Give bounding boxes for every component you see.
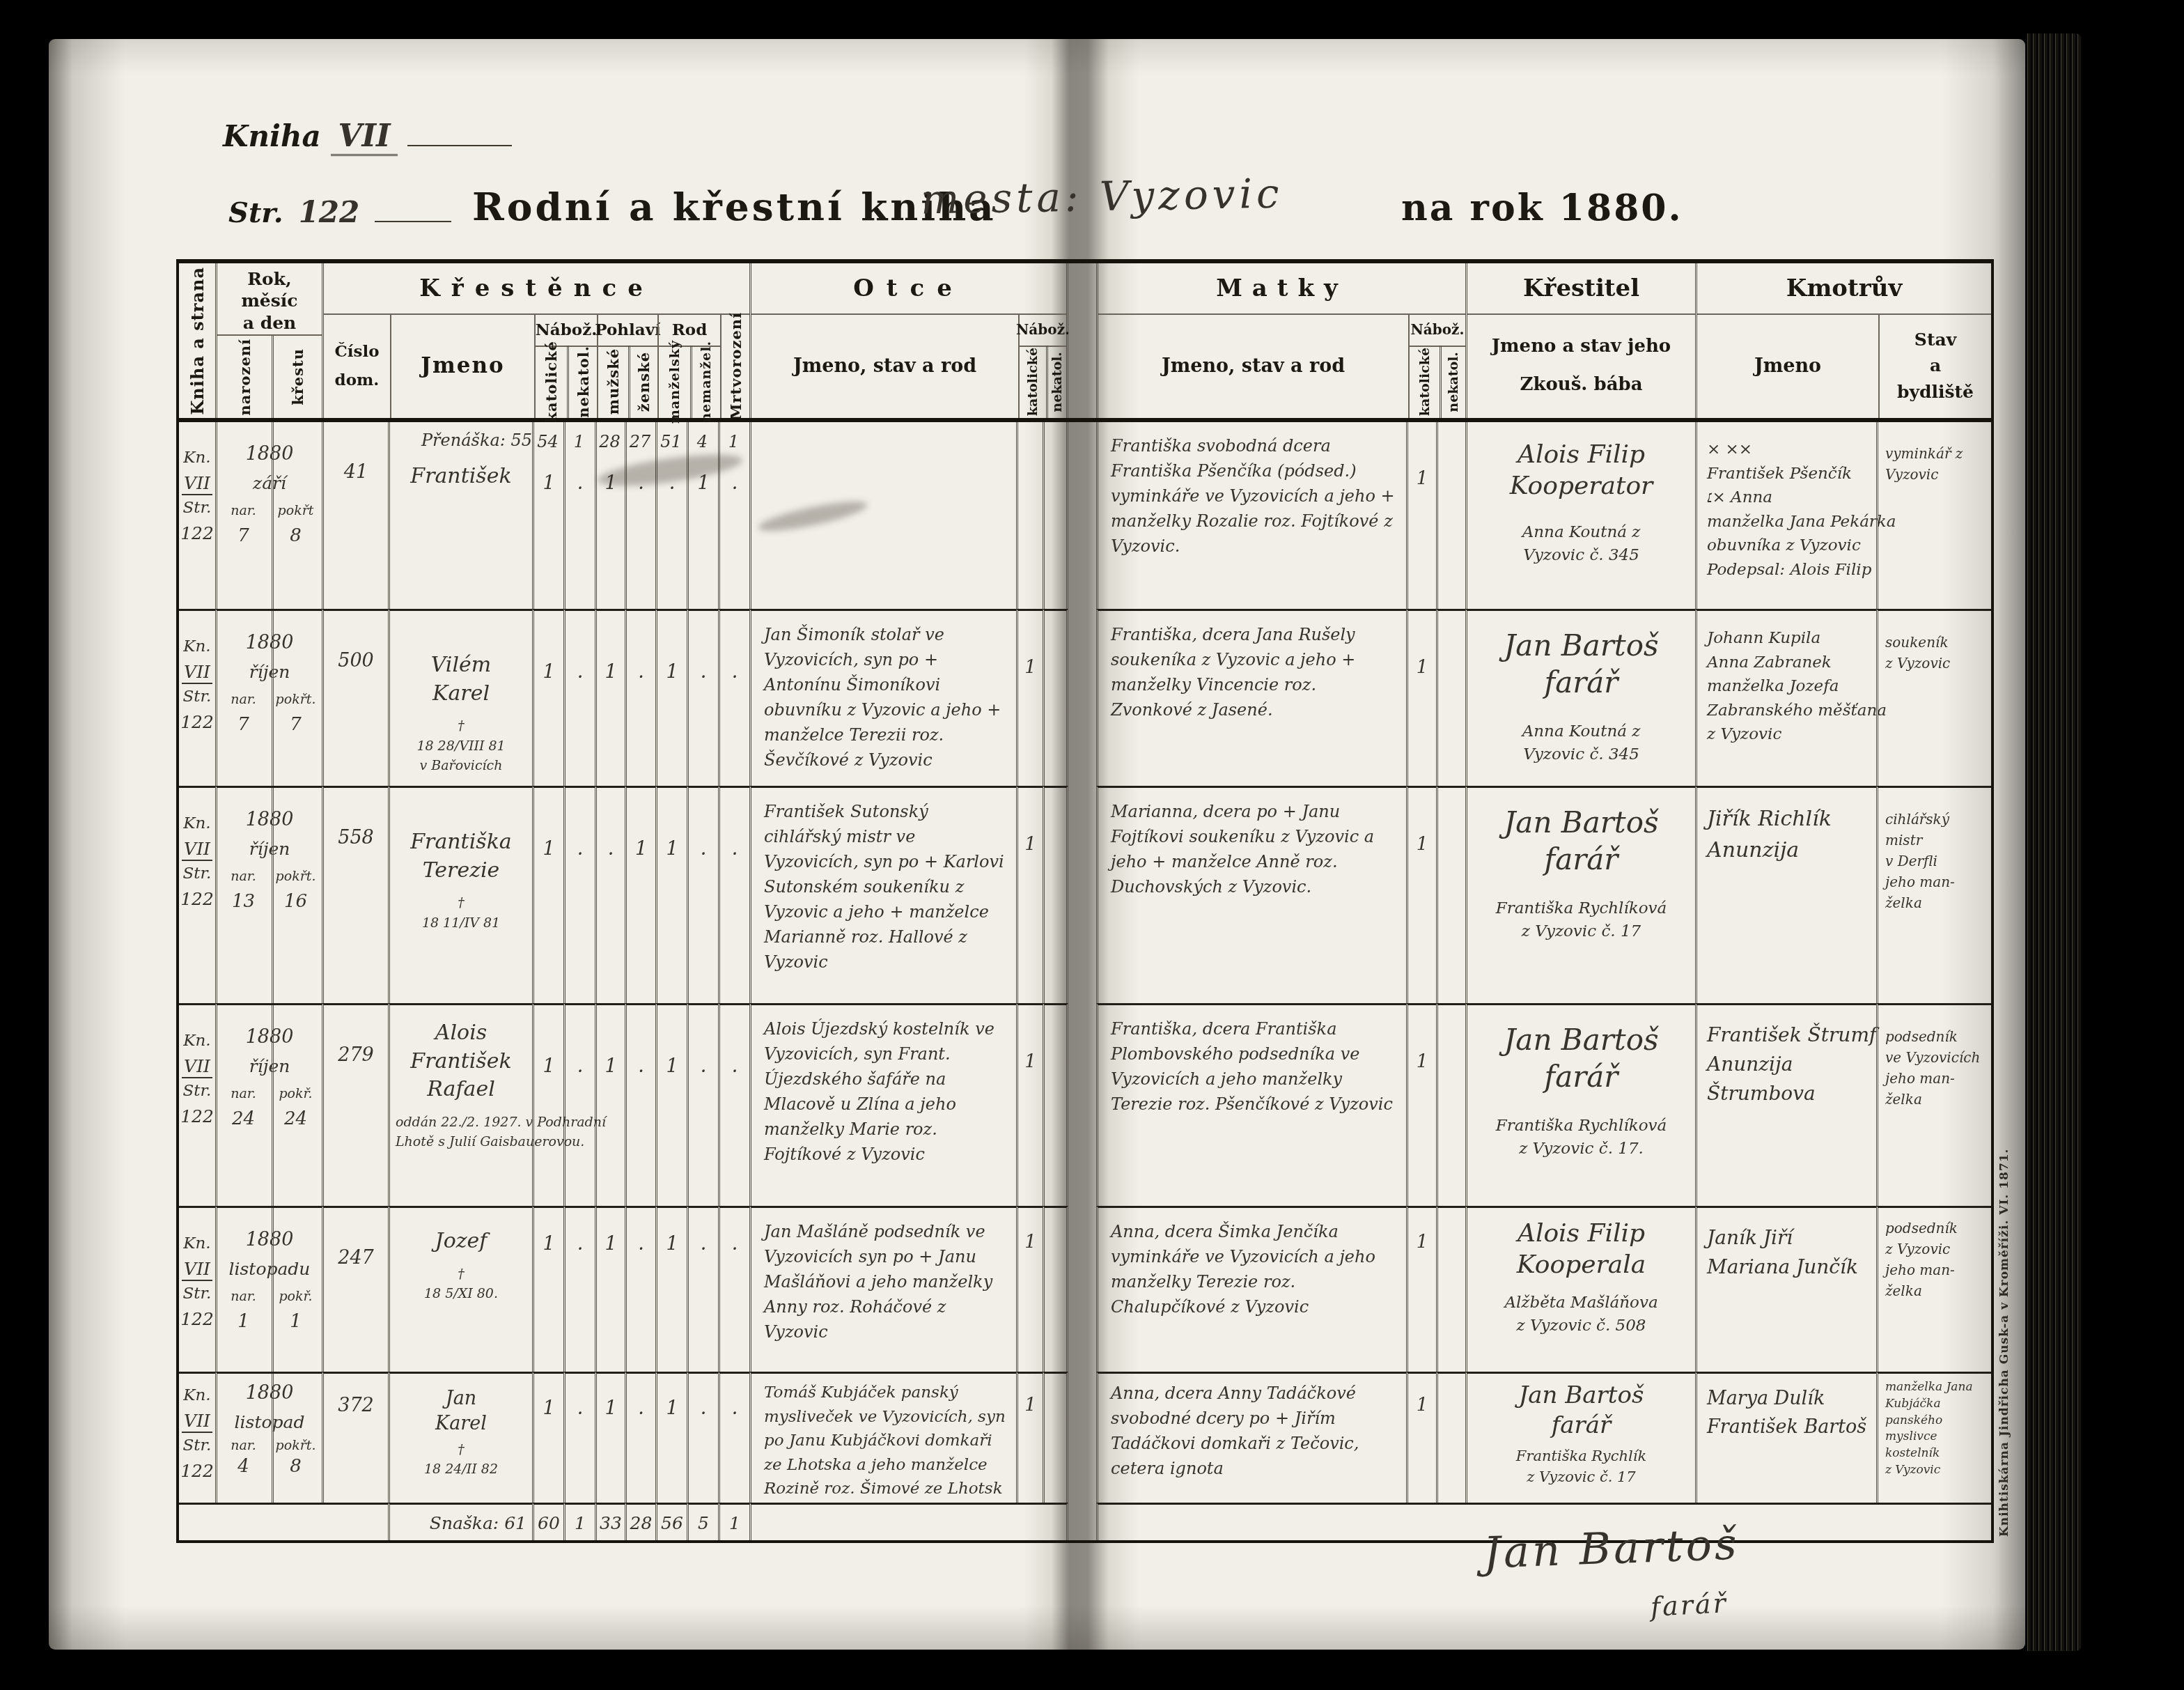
godparent-name-cell: Johann Kupila Anna Zabranek manželka Joz… [1695, 609, 1876, 786]
totals-spacer [179, 1503, 388, 1540]
krestu-box: křestu [272, 336, 322, 418]
tally-mrtvorozeni: . [718, 1206, 749, 1372]
baptized-label: pokřt. [270, 1438, 322, 1453]
father-entry: Jan Šimoník stolař ve Vyzovicích, syn po… [749, 609, 1016, 786]
naboz-label: Nábož. [1411, 321, 1465, 338]
total-nekatol: 1 [563, 1503, 595, 1540]
tally-nekatol: . [563, 609, 595, 786]
child-name-cell: Alois František Rafael oddán 22./2. 1927… [388, 1003, 532, 1206]
ref-page-no: 122 [179, 1103, 215, 1130]
tally-katolicke: 1 [532, 786, 563, 1003]
child-name: František [390, 463, 532, 491]
total-katolicke: 60 [532, 1503, 563, 1540]
col-group-kmotruv: Kmotrův Jmeno Stav a bydliště [1695, 263, 1991, 418]
manzelsky-box: manželský [659, 346, 690, 418]
mother-religion: 1 [1406, 609, 1436, 786]
printer-imprint: Knihtiskárna Jindřicha Gusk-a v Kroměříž… [1997, 1084, 2015, 1537]
nemanzel-box: nemanžel. [690, 346, 720, 418]
ruled-blank [407, 142, 512, 146]
father-religion: 1 [1016, 786, 1043, 1003]
book-number-value: VII [331, 118, 397, 156]
katolicke-label: katolické [1417, 348, 1433, 416]
ref-page: Str. [179, 496, 215, 520]
kmotruv-label: Kmotrův [1786, 274, 1902, 302]
godparent-status-cell: podsedník z Vyzovic jeho man- želka [1876, 1206, 1991, 1372]
manzelsky-label: manželský [667, 340, 682, 424]
nekatol-label: nekatol. [1446, 352, 1461, 412]
matky-label: Matky [1216, 274, 1348, 302]
born-day: 7 [217, 714, 270, 735]
child-name-note marriage-note: oddán 22./2. 1927. v Podhradní Lhotě s J… [390, 1113, 625, 1152]
mother-entry: Františka, dcera Františka Plombovského … [1096, 1003, 1406, 1206]
tally-zenske: . [625, 1372, 655, 1503]
baptizer: Alois Filip Kooperala [1467, 1218, 1695, 1280]
godparent-status-cell: vyminkář z Vyzovic [1876, 422, 1991, 609]
tally-katolicke: 1 [532, 1206, 563, 1372]
house-number: 41 [322, 422, 388, 609]
mother-religion: 1 [1406, 786, 1436, 1003]
nekatol-box: nekatol. [1440, 346, 1465, 418]
child-name: Alois František Rafael [390, 1019, 532, 1104]
ref-book-no: VII [182, 473, 212, 495]
tally-katolicke: 1 [532, 1003, 563, 1206]
tally-katolicke: 1 [532, 422, 563, 609]
mother-religion-nekatol [1436, 609, 1465, 786]
book-number-label: Kniha [223, 119, 321, 153]
tally-muzske: 1 [595, 1372, 625, 1503]
tally-muzske: 1 [595, 1003, 625, 1206]
krestitel-band: Křestitel [1467, 263, 1695, 315]
page-number-value: 122 [293, 195, 366, 229]
child-name: Vilém Karel [390, 651, 532, 708]
krestence-label: Křestěnce [419, 274, 654, 302]
tally-mrtvorozeni: . [718, 786, 749, 1003]
baptizer: Jan Bartoš farář [1467, 1022, 1695, 1095]
midwife: Františka Rychlíková z Vyzovic č. 17. [1467, 1115, 1695, 1161]
ref-book-no: VII [182, 839, 212, 861]
rok-label-box: Rok, měsíc a den [217, 268, 322, 334]
ref-page: Str. [179, 1282, 215, 1306]
father-entry: Jan Mašláně podsedník ve Vyzovicích syn … [749, 1206, 1016, 1372]
otce-label: Otce [853, 274, 965, 302]
cislo-dom-label: Číslo dom. [334, 337, 379, 395]
muzske-label: mužské [604, 348, 622, 414]
year: 1880 [217, 443, 322, 465]
tally-nekatol: . [563, 422, 595, 609]
baptized-label: pokřt [270, 503, 322, 518]
book-number-line: Kniha VII [223, 118, 512, 154]
col-header-rok: Rok, měsíc a den narození křestu [215, 263, 322, 418]
year: 1880 [217, 1026, 322, 1048]
tally-mrtvorozeni: . [718, 422, 749, 609]
child-name: Františka Terezie [390, 828, 532, 885]
godparent-status: podsedník z Vyzovic jeho man- želka [1878, 1208, 1991, 1301]
tally-mrtvorozeni: . [718, 1372, 749, 1503]
tally-muzske: 1 [595, 422, 625, 609]
born-label: nar. [217, 692, 270, 707]
house-number: 500 [322, 609, 388, 786]
mother-entry: Marianna, dcera po + Janu Fojtíkovi souk… [1096, 786, 1406, 1003]
mother-entry: Františka svobodná dcera Františka Pšenč… [1096, 422, 1406, 609]
matka-jmeno-stav-box: Jmeno, stav a rod [1098, 313, 1408, 418]
totals-label-cell: Snaška: 61 [388, 1503, 532, 1540]
baptized-day: 24 [270, 1108, 322, 1129]
house-number: 558 [322, 786, 388, 1003]
mother-religion: 1 [1406, 1003, 1436, 1206]
born-label: nar. [217, 503, 270, 518]
father-religion-nekatol [1043, 1003, 1068, 1206]
krestence-band: Křestěnce [324, 263, 749, 315]
father-entry: Alois Újezdský kostelník ve Vyzovicích, … [749, 1003, 1016, 1206]
father-religion: 1 [1016, 1372, 1043, 1503]
ref-page: Str. [179, 1434, 215, 1458]
tally-nekatol: . [563, 1003, 595, 1206]
tally-nekatol: . [563, 1206, 595, 1372]
child-name-cell: Jozef † 18 5/XI 80. [388, 1206, 532, 1372]
baptized-day: 8 [270, 1456, 322, 1477]
entry-dates: 1880 říjen nar.pokřt. 77 [215, 609, 322, 786]
child-name: Jozef [390, 1227, 532, 1256]
father-religion: 1 [1016, 1206, 1043, 1372]
krestitel-sub-label: Jmeno a stav jeho Zkouš. bába [1492, 327, 1671, 403]
ref-page-no: 122 [179, 520, 215, 547]
tally-nemanzel: . [687, 609, 718, 786]
entry-dates: 1880 listopad nar.pokřt. 48 [215, 1372, 322, 1503]
born-day: 7 [217, 525, 270, 546]
baptizer: Alois Filip Kooperator [1467, 439, 1695, 502]
baptized-day: 1 [270, 1311, 322, 1332]
godparent-name-cell: Jiřík Richlík Anunzija [1695, 786, 1876, 1003]
ref-book-no: VII [182, 1411, 212, 1433]
ref-page-no: 122 [179, 709, 215, 736]
katolicke-box: katolické [1410, 346, 1440, 418]
ref-page: Str. [179, 862, 215, 886]
totals-grand-total: 61 [504, 1513, 526, 1533]
father-religion [1016, 422, 1043, 609]
baptized-day: 7 [270, 714, 322, 735]
tally-zenske: . [625, 609, 655, 786]
priest-signature: Jan Bartoš [1483, 1519, 1740, 1579]
baptized-label: pokř. [270, 1086, 322, 1101]
baptized-label: pokř. [270, 1289, 322, 1304]
child-name-note: † 18 11/IV 81 [390, 893, 532, 933]
page-number-label: Str. [228, 196, 283, 229]
column-rule [272, 1005, 274, 1206]
godparent-status-cell: soukeník z Vyzovic [1876, 609, 1991, 786]
godparent-status: soukeník z Vyzovic [1878, 611, 1991, 674]
mother-religion: 1 [1406, 422, 1436, 609]
otce-band: Otce [751, 263, 1066, 315]
tally-muzske: 1 [595, 609, 625, 786]
child-name-cell: František [388, 422, 532, 609]
baptizer: Jan Bartoš farář [1467, 628, 1695, 701]
naboz-label-box: Nábož. [1020, 313, 1066, 347]
nekatol-label: nekatol. [1050, 352, 1065, 412]
mother-religion-nekatol [1436, 1372, 1465, 1503]
jmeno-label: Jmeno [421, 353, 504, 378]
register-page: Kniha VII Str. 122 Rodní a křestní kniha… [49, 39, 2025, 1650]
ref-page-no: 122 [179, 1458, 215, 1484]
page-title-place-handwritten: mesta: Vyzovic [920, 169, 1284, 223]
tally-zenske: 1 [625, 786, 655, 1003]
ref-book: Kn. [179, 446, 215, 470]
born-label: nar. [217, 869, 270, 884]
tally-manzelsky: 1 [655, 1206, 687, 1372]
entry-ref: Kn. VII Str. 122 [179, 786, 215, 1003]
column-rule [272, 611, 274, 786]
tally-nemanzel: . [687, 786, 718, 1003]
krestitel-label: Křestitel [1523, 274, 1639, 302]
naboz-box-3: Nábož. katolické nekatol. [1408, 313, 1465, 418]
entry-dates: 1880 říjen nar.pokř. 2424 [215, 1003, 322, 1206]
child-name-note: † 18 5/XI 80. [390, 1264, 532, 1304]
kmotr-stav-box: Stav a bydliště [1878, 313, 1991, 418]
kniha-strana-label: Kniha a strana [187, 267, 208, 414]
godparent-status: manželka Jana Kubjáčka panského myslivce… [1878, 1374, 1991, 1479]
child-name-note: † 18 24/II 82 [390, 1440, 532, 1480]
year: 1880 [217, 1229, 322, 1250]
katolicke-label: katolické [1025, 348, 1040, 416]
baptizer-cell: Jan Bartoš farář Františka Rychlíková z … [1465, 786, 1695, 1003]
zenske-box: ženské [628, 346, 657, 418]
ruled-blank [375, 218, 451, 222]
ref-book-no: VII [182, 1259, 212, 1281]
cislo-dom-box: Číslo dom. [324, 313, 390, 418]
total-nemanzel: 5 [687, 1503, 718, 1540]
mother-religion-nekatol [1436, 786, 1465, 1003]
ref-book: Kn. [179, 1029, 215, 1053]
tally-muzske: . [595, 786, 625, 1003]
col-group-krestitel: Křestitel Jmeno a stav jeho Zkouš. bába [1465, 263, 1695, 418]
baptizer-cell: Jan Bartoš farář Františka Rychlíková z … [1465, 1003, 1695, 1206]
nekatol-box: nekatol. [1046, 346, 1066, 418]
tally-katolicke: 1 [532, 1372, 563, 1503]
col-group-otce: Otce Jmeno, stav a rod Nábož. katolické … [749, 263, 1068, 418]
mother-religion-nekatol [1436, 1206, 1465, 1372]
total-mrtvorozeni: 1 [718, 1503, 749, 1540]
naboz-label-box: Nábož. [1410, 313, 1465, 347]
pohlavi-box: Pohlaví mužské ženské [597, 313, 657, 418]
katolicke-label: katolické [543, 341, 560, 423]
col-header-kniha-strana: Kniha a strana [179, 263, 215, 418]
otec-jmeno-stav-box: Jmeno, stav a rod [751, 313, 1018, 418]
godparent-status: vyminkář z Vyzovic [1878, 422, 1991, 485]
katolicke-box: katolické [536, 346, 567, 418]
father-religion: 1 [1016, 609, 1043, 786]
tally-mrtvorozeni: . [718, 609, 749, 786]
baptizer-cell: Alois Filip Kooperator Anna Koutná z Vyz… [1465, 422, 1695, 609]
godparent-status: cihlářský mistr v Derfli jeho man- želka [1878, 788, 1991, 913]
year: 1880 [217, 809, 322, 830]
baptized-label: pokřt. [270, 692, 322, 707]
baptized-label: pokřt. [270, 869, 322, 884]
born-day: 1 [217, 1311, 270, 1332]
nemanzel-label: nemanžel. [699, 341, 714, 423]
pohlavi-label-box: Pohlaví [598, 313, 657, 347]
father-religion-nekatol [1043, 609, 1068, 786]
born-label: nar. [217, 1289, 270, 1304]
born-day: 24 [217, 1108, 270, 1129]
ref-book: Kn. [179, 635, 215, 659]
pohlavi-label: Pohlaví [595, 320, 660, 339]
tally-nemanzel: . [687, 1372, 718, 1503]
godparent-status-cell: cihlářský mistr v Derfli jeho man- želka [1876, 786, 1991, 1003]
entry-ref: Kn. VII Str. 122 [179, 1206, 215, 1372]
naboz-label: Nábož. [536, 320, 597, 339]
tally-manzelsky: 1 [655, 786, 687, 1003]
rod-box: Rod manželský nemanžel. [657, 313, 720, 418]
child-name-note: † 18 28/VIII 81 v Bařovicích [390, 716, 532, 776]
baptized-day: 8 [270, 525, 322, 546]
ref-page-no: 122 [179, 1306, 215, 1333]
kmotr-jmeno-box: Jmeno [1697, 313, 1878, 418]
table-header: Kniha a strana Rok, měsíc a den narození… [179, 263, 1991, 422]
month: říjen [217, 839, 322, 859]
tally-zenske: . [625, 422, 655, 609]
jmeno-box: Jmeno [390, 313, 534, 418]
rok-subcolumns: narození křestu [217, 334, 322, 418]
child-name-cell: Jan Karel † 18 24/II 82 [388, 1372, 532, 1503]
mrtvorozeni-label: Mrtvorození [727, 312, 744, 420]
month: listopadu [217, 1259, 322, 1279]
ref-page: Str. [179, 1079, 215, 1103]
midwife: Františka Rychlíková z Vyzovic č. 17 [1467, 897, 1695, 944]
midwife: Františka Rychlík z Vyzovic č. 17 [1467, 1445, 1695, 1488]
nekatol-box: nekatol. [567, 346, 597, 418]
month: říjen [217, 1056, 322, 1076]
katolicke-box: katolické [1020, 346, 1046, 418]
baptizer-cell: Alois Filip Kooperala Alžběta Mašláňova … [1465, 1206, 1695, 1372]
total-manzelsky: 56 [655, 1503, 687, 1540]
rok-label: Rok, měsíc a den [217, 268, 322, 334]
father-religion-nekatol [1043, 1206, 1068, 1372]
totals-spacer [749, 1503, 1068, 1540]
child-name: Jan Karel [390, 1386, 532, 1437]
otec-jmeno-stav-label: Jmeno, stav a rod [793, 355, 976, 377]
priest-signature-title: farář [1650, 1588, 1729, 1622]
naboz-box-2: Nábož. katolické nekatol. [1018, 313, 1066, 418]
mother-entry: Anna, dcera Šimka Jenčíka vyminkáře ve V… [1096, 1206, 1406, 1372]
scan-background: { "page": { "book_no_label": "Kniha", "b… [0, 0, 2184, 1690]
born-label: nar. [217, 1438, 270, 1453]
entry-ref: Kn. VII Str. 122 [179, 1003, 215, 1206]
father-religion-nekatol [1043, 786, 1068, 1003]
entry-dates: 1880 listopadu nar.pokř. 11 [215, 1206, 322, 1372]
zenske-label: ženské [635, 352, 653, 412]
tally-nemanzel: . [687, 1206, 718, 1372]
mother-entry: Anna, dcera Anny Tadáčkové svobodné dcer… [1096, 1372, 1406, 1503]
father-entry: Tomáš Kubjáček panský mysliveček ve Vyzo… [749, 1372, 1016, 1503]
tally-muzske: 1 [595, 1206, 625, 1372]
mother-religion: 1 [1406, 1206, 1436, 1372]
midwife: Anna Koutná z Vyzovic č. 345 [1467, 720, 1695, 767]
house-number: 247 [322, 1206, 388, 1372]
tally-katolicke: 1 [532, 609, 563, 786]
year: 1880 [217, 632, 322, 653]
ref-book-no: VII [182, 662, 212, 684]
mrtvorozeni-box: Mrtvorození [720, 313, 749, 418]
ref-page: Str. [179, 685, 215, 709]
baptizer-cell: Jan Bartoš farář Františka Rychlík z Vyz… [1465, 1372, 1695, 1503]
midwife: Anna Koutná z Vyzovic č. 345 [1467, 521, 1695, 568]
entry-dates: 1880 říjen nar.pokřt. 1316 [215, 786, 322, 1003]
page-title-year: na rok 1880. [1401, 187, 1683, 229]
tally-manzelsky: 1 [655, 609, 687, 786]
godparent-name-cell: Marya Dulík František Bartoš [1695, 1372, 1876, 1503]
godparent-status-cell: podsedník ve Vyzovicích jeho man- želka [1876, 1003, 1991, 1206]
child-name-cell: Františka Terezie † 18 11/IV 81 [388, 786, 532, 1003]
mother-religion: 1 [1406, 1372, 1436, 1503]
muzske-box: mužské [598, 346, 628, 418]
narozeni-label: narození [236, 339, 253, 415]
entry-ref: Kn. VII Str. 122 [179, 422, 215, 609]
matka-jmeno-stav-label: Jmeno, stav a rod [1162, 355, 1345, 377]
father-religion-nekatol [1043, 1372, 1068, 1503]
house-number: 279 [322, 1003, 388, 1206]
column-rule [272, 422, 274, 609]
entry-ref: Kn. VII Str. 122 [179, 1372, 215, 1503]
kmotr-jmeno-label: Jmeno [1754, 355, 1821, 377]
column-rule [272, 788, 274, 1003]
total-zenske: 28 [625, 1503, 655, 1540]
tally-mrtvorozeni: . [718, 1003, 749, 1206]
rod-label: Rod [672, 320, 708, 339]
column-rule [272, 1374, 274, 1503]
child-name-cell: Vilém Karel † 18 28/VIII 81 v Bařovicích [388, 609, 532, 786]
mother-entry: Františka, dcera Jana Rušely soukeníka z… [1096, 609, 1406, 786]
page-title: Rodní a křestní kniha [472, 184, 997, 229]
krestitel-sub-box: Jmeno a stav jeho Zkouš. bába [1467, 313, 1695, 418]
tally-nemanzel: 1 [687, 422, 718, 609]
baptizer-cell: Jan Bartoš farář Anna Koutná z Vyzovic č… [1465, 609, 1695, 786]
totals-label: Snaška: [430, 1513, 499, 1533]
nekatol-label: nekatol. [575, 346, 592, 418]
ref-book: Kn. [179, 812, 215, 836]
mother-religion-nekatol [1436, 1003, 1465, 1206]
baptized-day: 16 [270, 891, 322, 912]
entry-ref: Kn. VII Str. 122 [179, 609, 215, 786]
born-day: 4 [217, 1456, 270, 1477]
father-religion-nekatol [1043, 422, 1068, 609]
ref-book: Kn. [179, 1383, 215, 1408]
tally-manzelsky: 1 [655, 1372, 687, 1503]
naboz-box-1: Nábož. katolické nekatol. [534, 313, 597, 418]
mother-religion-nekatol [1436, 422, 1465, 609]
month: listopad [217, 1412, 322, 1432]
midwife: Alžběta Mašláňova z Vyzovic č. 508 [1467, 1292, 1695, 1338]
month: říjen [217, 662, 322, 682]
ref-page-no: 122 [179, 886, 215, 913]
tally-manzelsky: . [655, 422, 687, 609]
house-number: 372 [322, 1372, 388, 1503]
naboz-label: Nábož. [1016, 321, 1070, 338]
register-table: Kniha a strana Rok, měsíc a den narození… [176, 259, 1994, 1543]
father-religion: 1 [1016, 1003, 1043, 1206]
born-day: 13 [217, 891, 270, 912]
tally-nekatol: . [563, 786, 595, 1003]
total-muzske: 33 [595, 1503, 625, 1540]
kmotr-stav-label: Stav a bydliště [1897, 327, 1974, 405]
kmotruv-band: Kmotrův [1697, 263, 1991, 315]
godparent-status-cell: manželka Jana Kubjáčka panského myslivce… [1876, 1372, 1991, 1503]
column-rule [272, 1208, 274, 1372]
book-page-edges [2025, 33, 2082, 1651]
ref-book: Kn. [179, 1232, 215, 1256]
godparent-name-cell: Janík Jiří Mariana Junčík [1695, 1206, 1876, 1372]
tally-nemanzel: . [687, 1003, 718, 1206]
col-group-matky: Matky Jmeno, stav a rod Nábož. katolické… [1096, 263, 1465, 418]
narozeni-box: narození [217, 336, 272, 418]
